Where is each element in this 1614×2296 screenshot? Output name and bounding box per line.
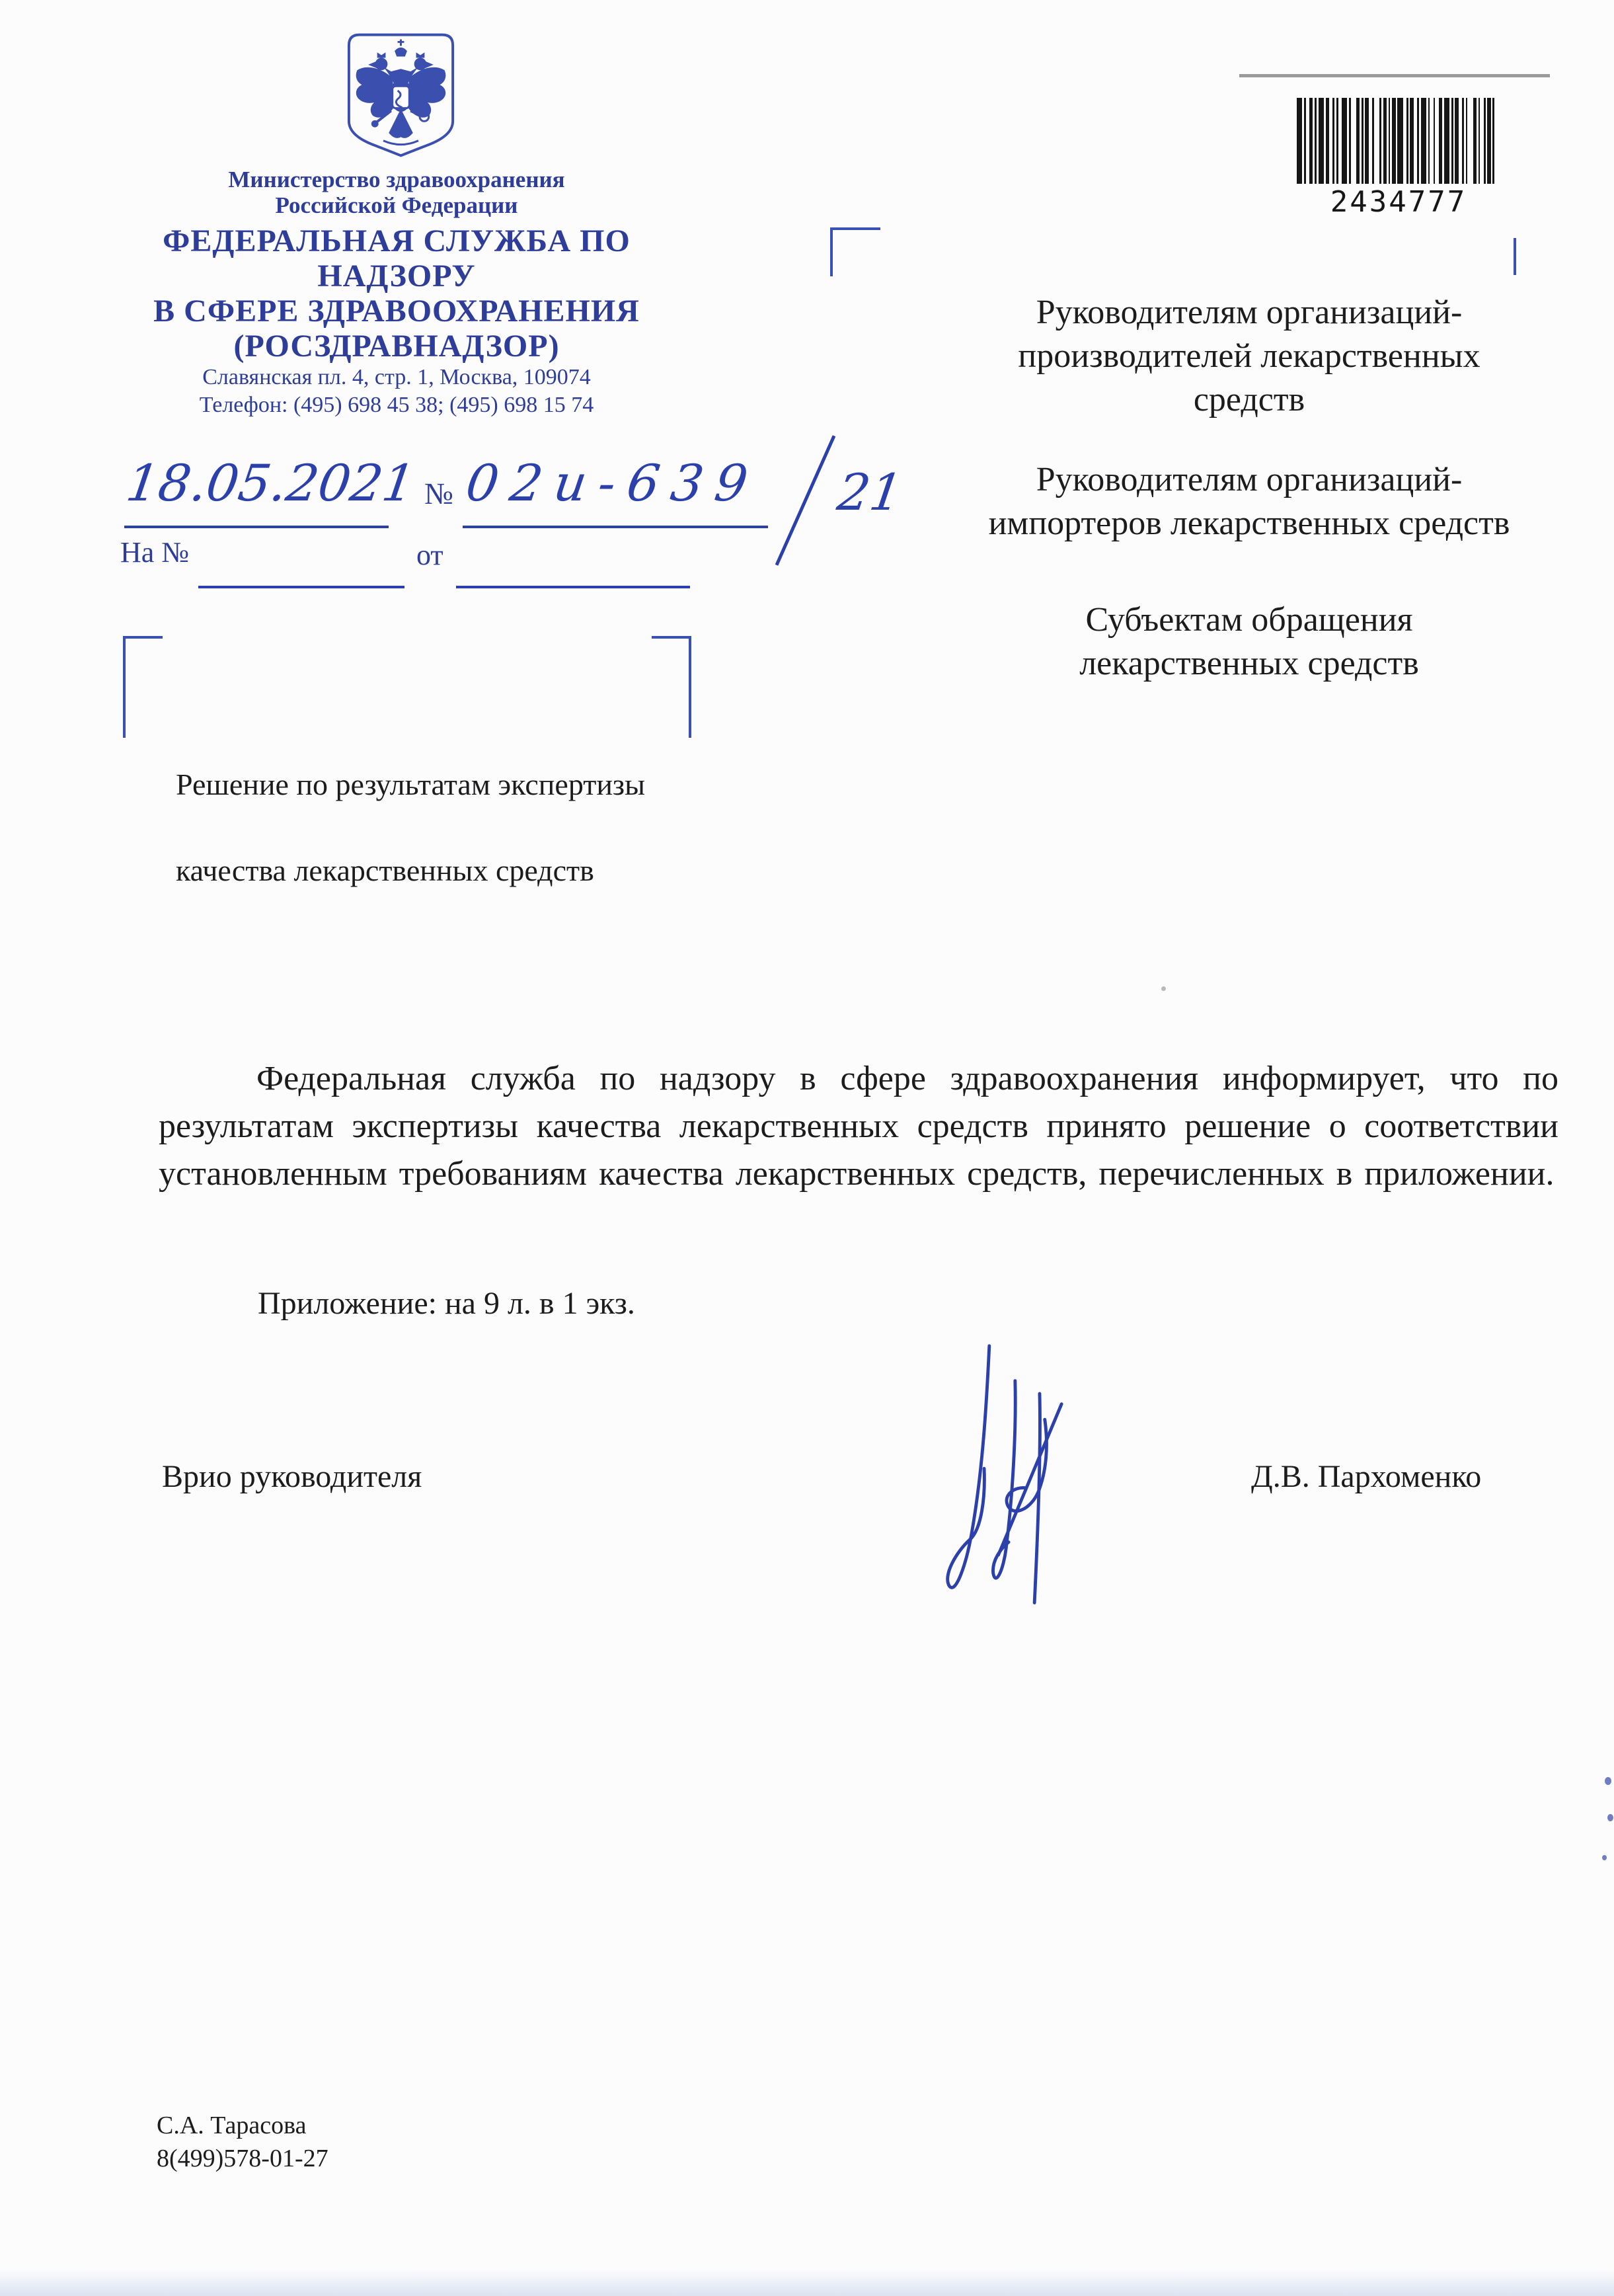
barcode-gap xyxy=(1351,98,1356,184)
reply-number-blank-line xyxy=(198,586,404,588)
barcode-bar xyxy=(1297,98,1302,184)
handwritten-outgoing-number: 02и-639 xyxy=(463,454,763,512)
barcode-bar xyxy=(1319,98,1324,184)
executor-contact: С.А. Тарасова 8(499)578-01-27 xyxy=(157,2109,328,2175)
ink-speck xyxy=(1602,1855,1607,1860)
coat-of-arms-icon xyxy=(346,30,456,160)
recipient-line: Руководителям организаций- xyxy=(932,291,1566,335)
handwritten-signature xyxy=(929,1342,1094,1613)
subject-zone-corner-left xyxy=(123,636,163,738)
handwritten-slash xyxy=(775,435,836,566)
scan-edge-artifact xyxy=(0,2270,1614,2296)
signer-position: Врио руководителя xyxy=(162,1458,422,1495)
agency-line-3: (РОСЗДРАВНАДЗОР) xyxy=(93,329,701,364)
barcode-bar xyxy=(1444,98,1449,184)
agency-phone: Телефон: (495) 698 45 38; (495) 698 15 7… xyxy=(93,391,701,419)
agency-name: ФЕДЕРАЛЬНАЯ СЛУЖБА ПО НАДЗОРУ В СФЕРЕ ЗД… xyxy=(93,223,701,364)
ministry-line-1: Министерство здравоохранения xyxy=(93,167,701,192)
letter-body: Федеральная служба по надзору в сфере зд… xyxy=(159,1055,1558,1198)
subject-line-2: качества лекарственных средств xyxy=(176,853,594,888)
handwritten-date: 18.05.2021 xyxy=(123,454,419,512)
recipient-line: производителей лекарственных xyxy=(932,335,1566,378)
scan-separator-line xyxy=(1239,74,1550,77)
barcode-gap xyxy=(1494,98,1500,184)
executor-phone: 8(499)578-01-27 xyxy=(157,2142,328,2175)
recipient-line: Руководителям организаций- xyxy=(932,458,1566,502)
recipient-circulation-subjects: Субъектам обращения лекарственных средст… xyxy=(932,598,1566,686)
recipient-line: Субъектам обращения xyxy=(932,598,1566,642)
recipient-line: средств xyxy=(932,378,1566,422)
ink-speck xyxy=(1607,1814,1613,1821)
reply-to-number-label: На № xyxy=(120,535,189,569)
barcode-gap xyxy=(1374,98,1379,184)
address-zone-corner xyxy=(830,227,880,276)
reply-from-label: от xyxy=(416,538,443,572)
barcode xyxy=(1297,98,1500,184)
ink-speck xyxy=(1605,1777,1611,1785)
number-underline xyxy=(463,526,768,528)
recipient-line: импортеров лекарственных средств xyxy=(932,502,1566,545)
barcode-bar xyxy=(1397,98,1403,184)
scan-dot-artifact xyxy=(1161,986,1166,991)
date-underline xyxy=(124,526,389,528)
agency-contacts: Славянская пл. 4, стр. 1, Москва, 109074… xyxy=(93,364,701,419)
number-sign: № xyxy=(424,476,453,511)
address-zone-right-tick xyxy=(1514,238,1516,275)
reply-date-blank-line xyxy=(456,586,690,588)
attachment-note: Приложение: на 9 л. в 1 экз. xyxy=(258,1285,635,1322)
signer-name: Д.В. Пархоменко xyxy=(1251,1458,1481,1495)
recipient-line: лекарственных средств xyxy=(932,642,1566,686)
executor-name: С.А. Тарасова xyxy=(157,2109,328,2142)
subject-zone-corner-right xyxy=(652,636,691,738)
barcode-bar xyxy=(1421,98,1426,184)
recipient-importers: Руководителям организаций- импортеров ле… xyxy=(932,458,1566,545)
agency-line-1: ФЕДЕРАЛЬНАЯ СЛУЖБА ПО НАДЗОРУ xyxy=(93,223,701,294)
agency-address: Славянская пл. 4, стр. 1, Москва, 109074 xyxy=(93,364,701,391)
handwritten-number-suffix: 21 xyxy=(834,463,906,522)
barcode-gap xyxy=(1467,98,1473,184)
subject-line-1: Решение по результатам экспертизы xyxy=(176,767,645,802)
barcode-number: 2434777 xyxy=(1290,185,1507,219)
recipient-manufacturers: Руководителям организаций- производителе… xyxy=(932,291,1566,422)
barcode-bar xyxy=(1342,98,1347,184)
ministry-line-2: Российской Федерации xyxy=(93,192,701,218)
ministry-name: Министерство здравоохранения Российской … xyxy=(93,167,701,218)
agency-line-2: В СФЕРЕ ЗДРАВООХРАНЕНИЯ xyxy=(93,294,701,329)
scanned-letter-page: Министерство здравоохранения Российской … xyxy=(0,0,1614,2296)
